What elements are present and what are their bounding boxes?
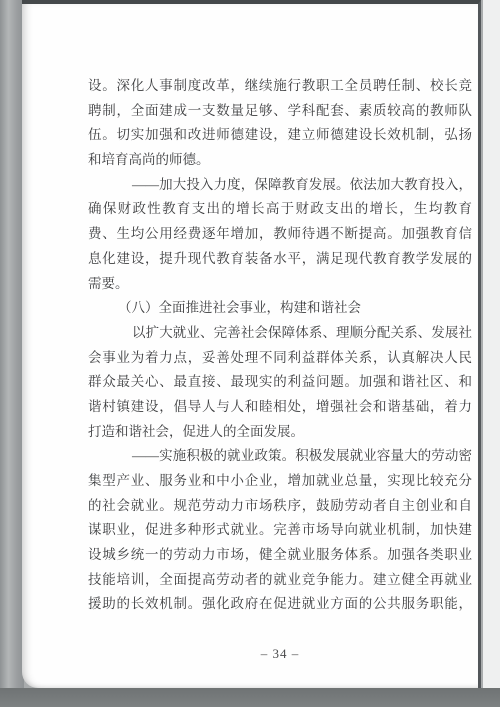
text-line: 集型产业、服务业和中小企业，增加就业总量，实现比较充分 [88,469,472,494]
document-page: 设。深化人事制度改革，继续施行教职工全员聘任制、校长竞 聘制，全面建成一支数量足… [22,0,481,688]
text-line: 技能培训，全面提高劳动者的就业竞争能力。建立健全再就业 [88,568,472,593]
section-heading: （八）全面推进社会事业，构建和谐社会 [88,296,472,321]
text-line: 需要。 [88,272,472,297]
text-line: 息化建设，提升现代教育装备水平，满足现代教育教学发展的 [88,247,472,272]
text-line: 的社会就业。规范劳动力市场秩序，鼓励劳动者自主创业和自 [88,494,472,519]
scanner-bottom-shadow [0,688,500,707]
text-line: 援助的长效机制。强化政府在促进就业方面的公共服务职能， [88,592,472,617]
text-line: 聘制，全面建成一支数量足够、学科配套、素质较高的教师队 [88,99,472,124]
text-line: 确保财政性教育支出的增长高于财政支出的增长，生均教育 [88,197,472,222]
text-line: 谋职业，促进多种形式就业。完善市场导向就业机制，加快建 [88,518,472,543]
text-line: ——实施积极的就业政策。积极发展就业容量大的劳动密 [88,444,472,469]
text-line: 会事业为着力点，妥善处理不同利益群体关系，认真解决人民 [88,346,472,371]
adjacent-page-edge [483,0,500,692]
text-line: 以扩大就业、完善社会保障体系、理顺分配关系、发展社 [88,321,472,346]
text-line: 设城乡统一的劳动力市场，健全就业服务体系。加强各类职业 [88,543,472,568]
page-number: – 34 – [88,646,472,662]
text-line: 伍。切实加强和改进师德建设，建立师德建设长效机制，弘扬 [88,123,472,148]
text-line: ——加大投入力度，保障教育发展。依法加大教育投入， [88,173,472,198]
text-line: 打造和谐社会，促进人的全面发展。 [88,420,472,445]
text-line: 群众最关心、最直接、最现实的利益问题。加强和谐社区、和 [88,370,472,395]
text-line: 费、生均公用经费逐年增加，教师待遇不断提高。加强教育信 [88,222,472,247]
scanner-left-edge [0,0,24,707]
text-line: 谐村镇建设，倡导人与人和睦相处，增强社会和谐基础，着力 [88,395,472,420]
text-line: 设。深化人事制度改革，继续施行教职工全员聘任制、校长竞 [88,74,472,99]
document-body: 设。深化人事制度改革，继续施行教职工全员聘任制、校长竞 聘制，全面建成一支数量足… [88,74,472,617]
text-line: 和培育高尚的师德。 [88,148,472,173]
